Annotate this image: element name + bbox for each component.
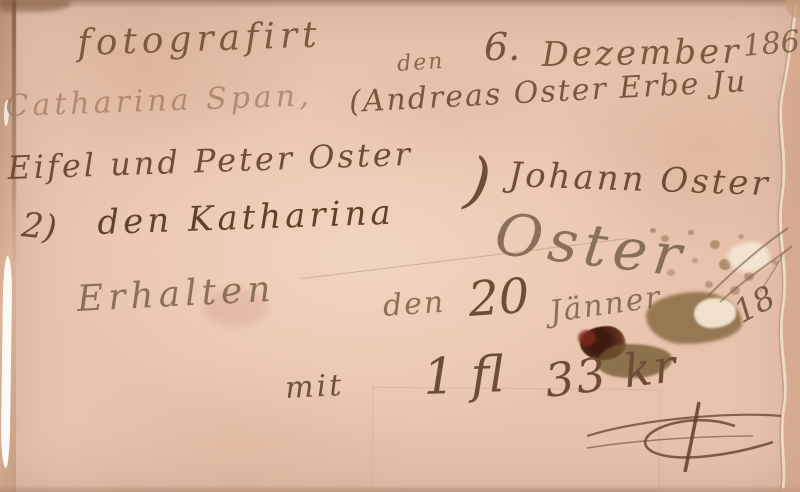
- handwriting-amount-gulden: 1 fl: [422, 349, 505, 402]
- left-torn-backing-strip: [0, 0, 16, 492]
- top-left-dark-edge: [0, 0, 70, 12]
- handwriting-name-johann-oster: Johann Oster: [508, 158, 771, 201]
- handwriting-year-18: 18: [729, 281, 780, 328]
- top-edge-shadow: [0, 0, 800, 8]
- scanned-handwritten-note: fotografirt den 6. Dezember 186 Catharin…: [0, 0, 800, 492]
- paraph-flourish: [585, 396, 790, 474]
- top-right-curl: [786, 0, 800, 18]
- handwriting-word-den-1: den: [396, 51, 445, 76]
- handwriting-amount-kreuzer: 33 kr: [542, 342, 680, 404]
- ghost-impression-rectangle: [372, 387, 661, 492]
- left-crease-shadow-line: [12, 0, 16, 268]
- maroon-blot-highlight: [578, 330, 596, 346]
- bottom-edge-shadow: [0, 485, 800, 492]
- handwriting-eifel-und-peter-oster: Eifel und Peter Oster: [7, 138, 414, 184]
- handwriting-den-katharina: den Katharina: [97, 196, 395, 240]
- handwriting-word-den-2: den: [382, 288, 446, 322]
- handwriting-number-20: 20: [467, 272, 531, 324]
- right-torn-edge: [756, 0, 800, 492]
- left-tear-white-sliver: [1, 256, 13, 468]
- handwriting-word-erhalten: Erhalten: [76, 272, 276, 318]
- paper-damage-white-patch-top: [728, 242, 770, 272]
- handwriting-day-number: 6.: [484, 28, 520, 66]
- handwriting-item-number: 2): [20, 208, 58, 245]
- handwriting-name-catharina-span: Catharina Span,: [5, 81, 313, 122]
- handwriting-closing-paren-large: ): [462, 149, 495, 214]
- handwriting-word-fotografirt: fotografirt: [77, 17, 322, 62]
- handwriting-word-mit: mit: [284, 371, 345, 404]
- handwriting-year-186: 186: [741, 27, 800, 62]
- handwriting-month-jaenner: Jänner: [548, 283, 664, 328]
